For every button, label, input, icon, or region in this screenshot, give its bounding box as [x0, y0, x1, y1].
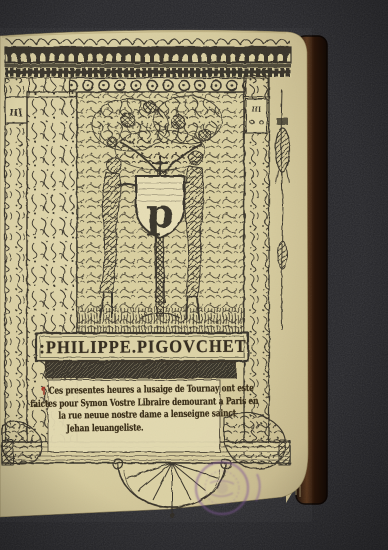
vignette	[0, 0, 388, 550]
book-photo-art: III III	[0, 0, 388, 550]
photograph-of-book: III III	[0, 0, 388, 550]
